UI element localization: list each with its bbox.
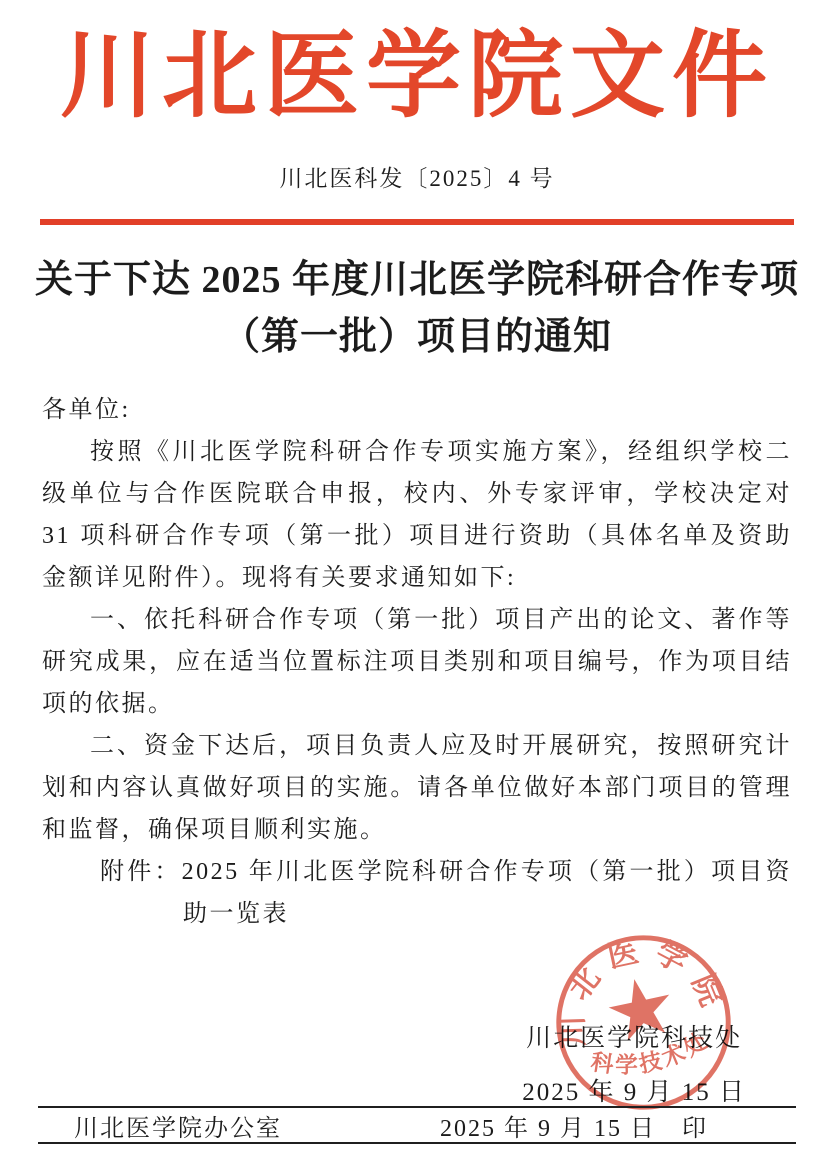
footer-office-name: 川北医学院办公室 [74, 1108, 282, 1143]
document-number: 川北医科发〔2025〕4 号 [0, 160, 834, 193]
notice-title-line2: （第一批）项目的通知 [0, 309, 834, 366]
notice-title: 关于下达 2025 年度川北医学院科研合作专项 （第一批）项目的通知 [0, 252, 834, 366]
red-divider-rule [40, 219, 794, 225]
document-page: 川北医学院文件 川北医科发〔2025〕4 号 关于下达 2025 年度川北医学院… [0, 0, 834, 1173]
notice-title-line1: 关于下达 2025 年度川北医学院科研合作专项 [0, 252, 834, 309]
notice-body: 各单位: 按照《川北医学院科研合作专项实施方案》，经组织学校二级单位与合作医院联… [42, 389, 792, 935]
paragraph-item-1: 一、依托科研合作专项（第一批）项目产出的论文、著作等研究成果，应在适当位置标注项… [42, 599, 792, 725]
footer-bar: 川北医学院办公室 2025 年 9 月 15 日 印 [38, 1106, 796, 1144]
attachment-line: 附件：2025 年川北医学院科研合作专项（第一批）项目资助一览表 [42, 851, 792, 935]
issuer-name: 川北医学院科技处 [522, 1012, 746, 1066]
paragraph-item-2: 二、资金下达后，项目负责人应及时开展研究，按照研究计划和内容认真做好项目的实施。… [42, 725, 792, 851]
signature-block: 川北医学院科技处 2025 年 9 月 15 日 [522, 1012, 746, 1120]
salutation: 各单位: [42, 389, 792, 431]
paragraph-intro: 按照《川北医学院科研合作专项实施方案》，经组织学校二级单位与合作医院联合申报，校… [42, 431, 792, 599]
footer-print-date: 2025 年 9 月 15 日 印 [440, 1108, 708, 1143]
masthead-title: 川北医学院文件 [0, 0, 834, 132]
